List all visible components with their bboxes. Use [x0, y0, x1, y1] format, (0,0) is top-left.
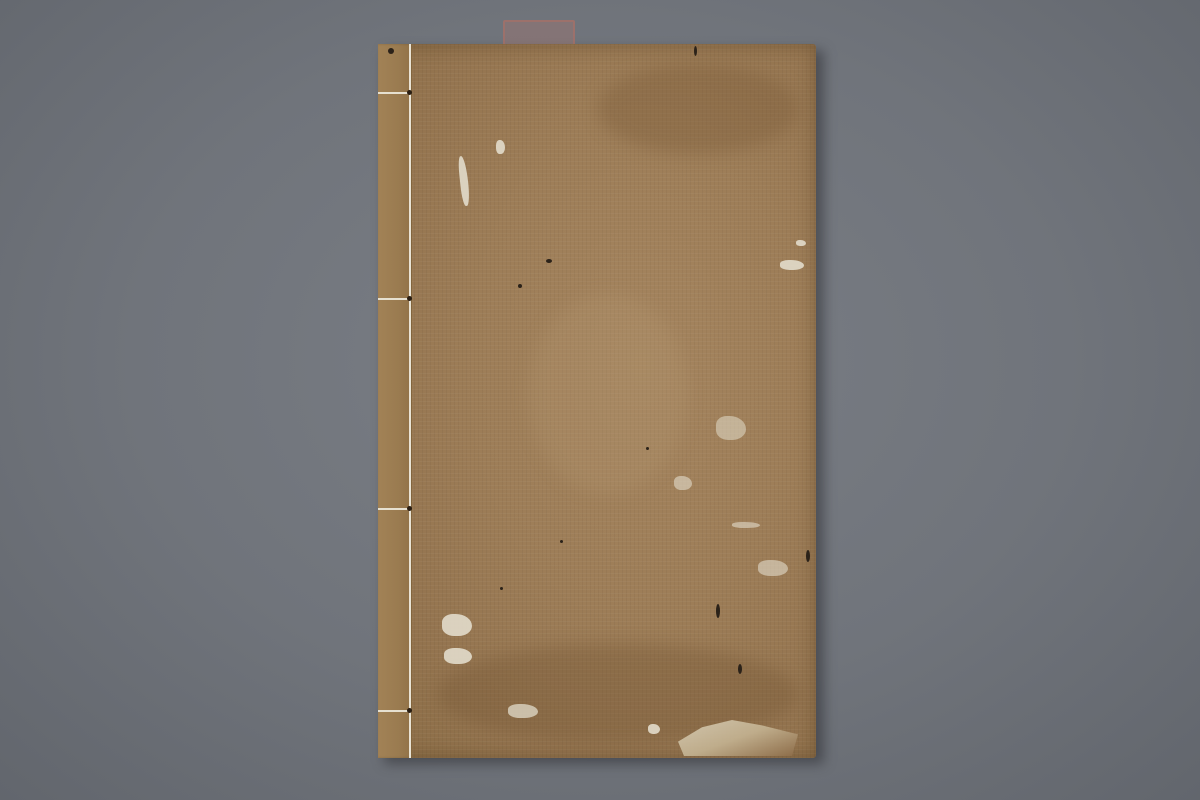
stitch-hole — [407, 90, 412, 95]
stitch-hole — [407, 506, 412, 511]
book-spine — [378, 44, 412, 758]
stitch-hole — [407, 296, 412, 301]
paper-damage — [780, 260, 804, 270]
worm-hole — [560, 540, 563, 543]
paper-damage — [442, 614, 472, 636]
water-stain — [598, 64, 798, 154]
paper-damage — [508, 704, 538, 718]
paper-damage — [457, 156, 470, 207]
worm-hole — [738, 664, 742, 674]
worm-hole — [500, 587, 503, 590]
paper-damage — [648, 724, 660, 734]
paper-damage — [716, 416, 746, 440]
worm-hole — [646, 447, 649, 450]
paper-damage — [444, 648, 472, 664]
paper-damage — [496, 140, 505, 154]
paper-damage — [732, 522, 760, 528]
worm-hole — [806, 550, 810, 562]
paper-damage — [674, 476, 692, 490]
worm-hole — [716, 604, 720, 618]
light-patch — [528, 294, 688, 494]
binding-thread — [409, 44, 411, 758]
paper-damage — [796, 240, 806, 246]
worm-hole — [388, 48, 394, 54]
paper-damage — [758, 560, 788, 576]
worm-hole — [518, 284, 522, 288]
book-cover — [378, 44, 816, 758]
worm-hole — [546, 259, 552, 263]
worm-hole — [694, 46, 697, 56]
stitch-hole — [407, 708, 412, 713]
